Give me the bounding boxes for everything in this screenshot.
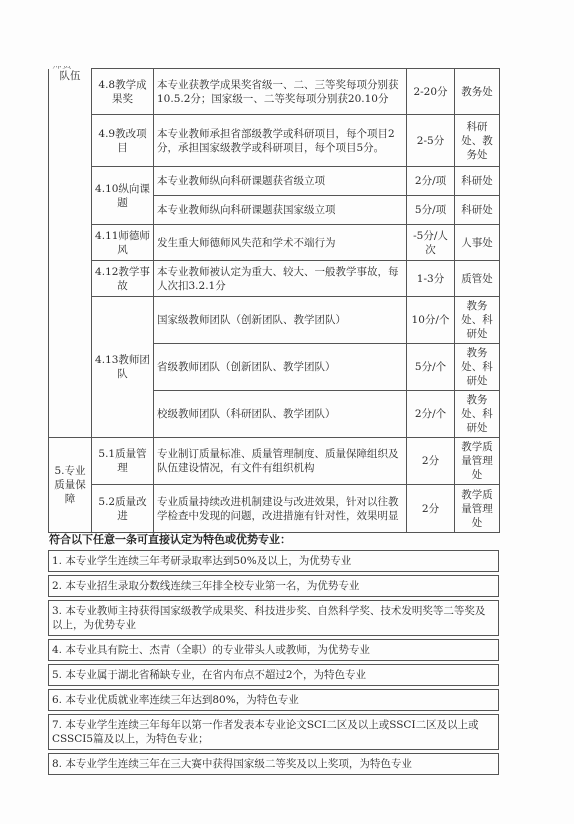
dept-cell: 科研处	[455, 196, 500, 225]
desc-cell: 本专业教师承担省部级教学或科研项目，每个项目2分，承担国家级教学或科研项目，每个…	[154, 115, 407, 167]
table-row: 4.12教学事故 本专业教师被认定为重大、较大、一般教学事故，每人次扣3.2.1…	[49, 261, 500, 297]
dept-cell: 科研处、教务处	[455, 115, 500, 167]
item-cell: 4.8教学成果奖	[92, 69, 154, 115]
criteria-item: 4. 本专业具有院士、杰青（全职）的专业带头人或教师，为优势专业	[48, 639, 499, 661]
score-cell: 2分/项	[407, 167, 455, 196]
desc-cell: 专业质量持续改进机制建设与改进效果，针对以往教学检查中发现的问题，改进措施有针对…	[154, 485, 407, 533]
criteria-item: 3. 本专业教师主持获得国家级教学成果奖、科技进步奖、自然科学奖、技术发明奖等二…	[48, 600, 499, 636]
dept-cell: 人事处	[455, 225, 500, 261]
score-cell: 2分/个	[407, 391, 455, 438]
item-cell: 5.1质量管理	[92, 438, 154, 485]
criteria-item: 1. 本专业学生连续三年考研录取率达到50%及以上，为优势专业	[48, 550, 499, 572]
table-row: 4.13教师团队 国家级教师团队（创新团队、教学团队） 10分/个 教务处、科研…	[49, 297, 500, 344]
item-cell: 4.12教学事故	[92, 261, 154, 297]
table-row: 4.10纵向课题 本专业教师纵向科研课题获省级立项 2分/项 科研处	[49, 167, 500, 196]
dept-cell: 科研处	[455, 167, 500, 196]
dept-cell: 教务处、科研处	[455, 391, 500, 438]
criteria-item: 2. 本专业招生录取分数线连续三年排全校专业第一名，为优势专业	[48, 575, 499, 597]
item-cell: 4.11师德师风	[92, 225, 154, 261]
category-cell-section4: 队伍	[49, 69, 92, 438]
desc-cell: 发生重大师德师风失范和学术不端行为	[154, 225, 407, 261]
criteria-item: 5. 本专业属于湖北省稀缺专业，在省内布点不超过2个，为特色专业	[48, 664, 499, 686]
table-row: 队伍 4.8教学成果奖 本专业获教学成果奖省级一、二、三等奖每项分别获10.5.…	[49, 69, 500, 115]
criteria-item: 7. 本专业学生连续三年每年以第一作者发表本专业论文SCI二区及以上或SSCI二…	[48, 714, 499, 750]
score-cell: 5分/项	[407, 196, 455, 225]
criteria-item: 6. 本专业优质就业率连续三年达到80%，为特色专业	[48, 689, 499, 711]
table-row: 4.11师德师风 发生重大师德师风失范和学术不端行为 -5分/人次 人事处	[49, 225, 500, 261]
score-cell: -5分/人次	[407, 225, 455, 261]
document-page: 师资 队伍 4.8教学成果奖 本专业获教学成果奖省级一、二、三等奖每项分别获10…	[0, 0, 574, 824]
dept-cell: 教务处、科研处	[455, 344, 500, 391]
criteria-intro: 符合以下任意一条可直接认定为特色或优势专业：	[49, 531, 291, 547]
item-cell: 4.13教师团队	[92, 297, 154, 438]
desc-cell: 本专业获教学成果奖省级一、二、三等奖每项分别获10.5.2分；国家级一、二等奖每…	[154, 69, 407, 115]
desc-cell: 本专业教师纵向科研课题获国家级立项	[154, 196, 407, 225]
score-cell: 1-3分	[407, 261, 455, 297]
desc-cell: 省级教师团队（创新团队、教学团队）	[154, 344, 407, 391]
desc-cell: 国家级教师团队（创新团队、教学团队）	[154, 297, 407, 344]
score-cell: 2-20分	[407, 69, 455, 115]
criteria-item: 8. 本专业学生连续三年在三大赛中获得国家级二等奖及以上奖项，为特色专业	[48, 753, 499, 775]
table-row: 5.2质量改进 专业质量持续改进机制建设与改进效果，针对以往教学检查中发现的问题…	[49, 485, 500, 533]
item-cell: 5.2质量改进	[92, 485, 154, 533]
table-row: 5.专业质量保障 5.1质量管理 专业制订质量标准、质量管理制度、质量保障组织及…	[49, 438, 500, 485]
score-cell: 2分	[407, 438, 455, 485]
dept-cell: 教学质量管理处	[455, 438, 500, 485]
dept-cell: 教学质量管理处	[455, 485, 500, 533]
score-cell: 5分/个	[407, 344, 455, 391]
dept-cell: 教务处	[455, 69, 500, 115]
evaluation-table: 队伍 4.8教学成果奖 本专业获教学成果奖省级一、二、三等奖每项分别获10.5.…	[48, 68, 500, 533]
score-cell: 2-5分	[407, 115, 455, 167]
item-cell: 4.9教改项目	[92, 115, 154, 167]
criteria-list: 1. 本专业学生连续三年考研录取率达到50%及以上，为优势专业 2. 本专业招生…	[48, 550, 499, 778]
desc-cell: 本专业教师被认定为重大、较大、一般教学事故，每人次扣3.2.1分	[154, 261, 407, 297]
desc-cell: 校级教师团队（科研团队、教学团队）	[154, 391, 407, 438]
score-cell: 10分/个	[407, 297, 455, 344]
score-cell: 2分	[407, 485, 455, 533]
category-cell-section5: 5.专业质量保障	[49, 438, 92, 533]
desc-cell: 本专业教师纵向科研课题获省级立项	[154, 167, 407, 196]
dept-cell: 教务处、科研处	[455, 297, 500, 344]
item-cell: 4.10纵向课题	[92, 167, 154, 225]
table-row: 4.9教改项目 本专业教师承担省部级教学或科研项目，每个项目2分，承担国家级教学…	[49, 115, 500, 167]
dept-cell: 质管处	[455, 261, 500, 297]
desc-cell: 专业制订质量标准、质量管理制度、质量保障组织及队伍建设情况，有文件有组织机构	[154, 438, 407, 485]
